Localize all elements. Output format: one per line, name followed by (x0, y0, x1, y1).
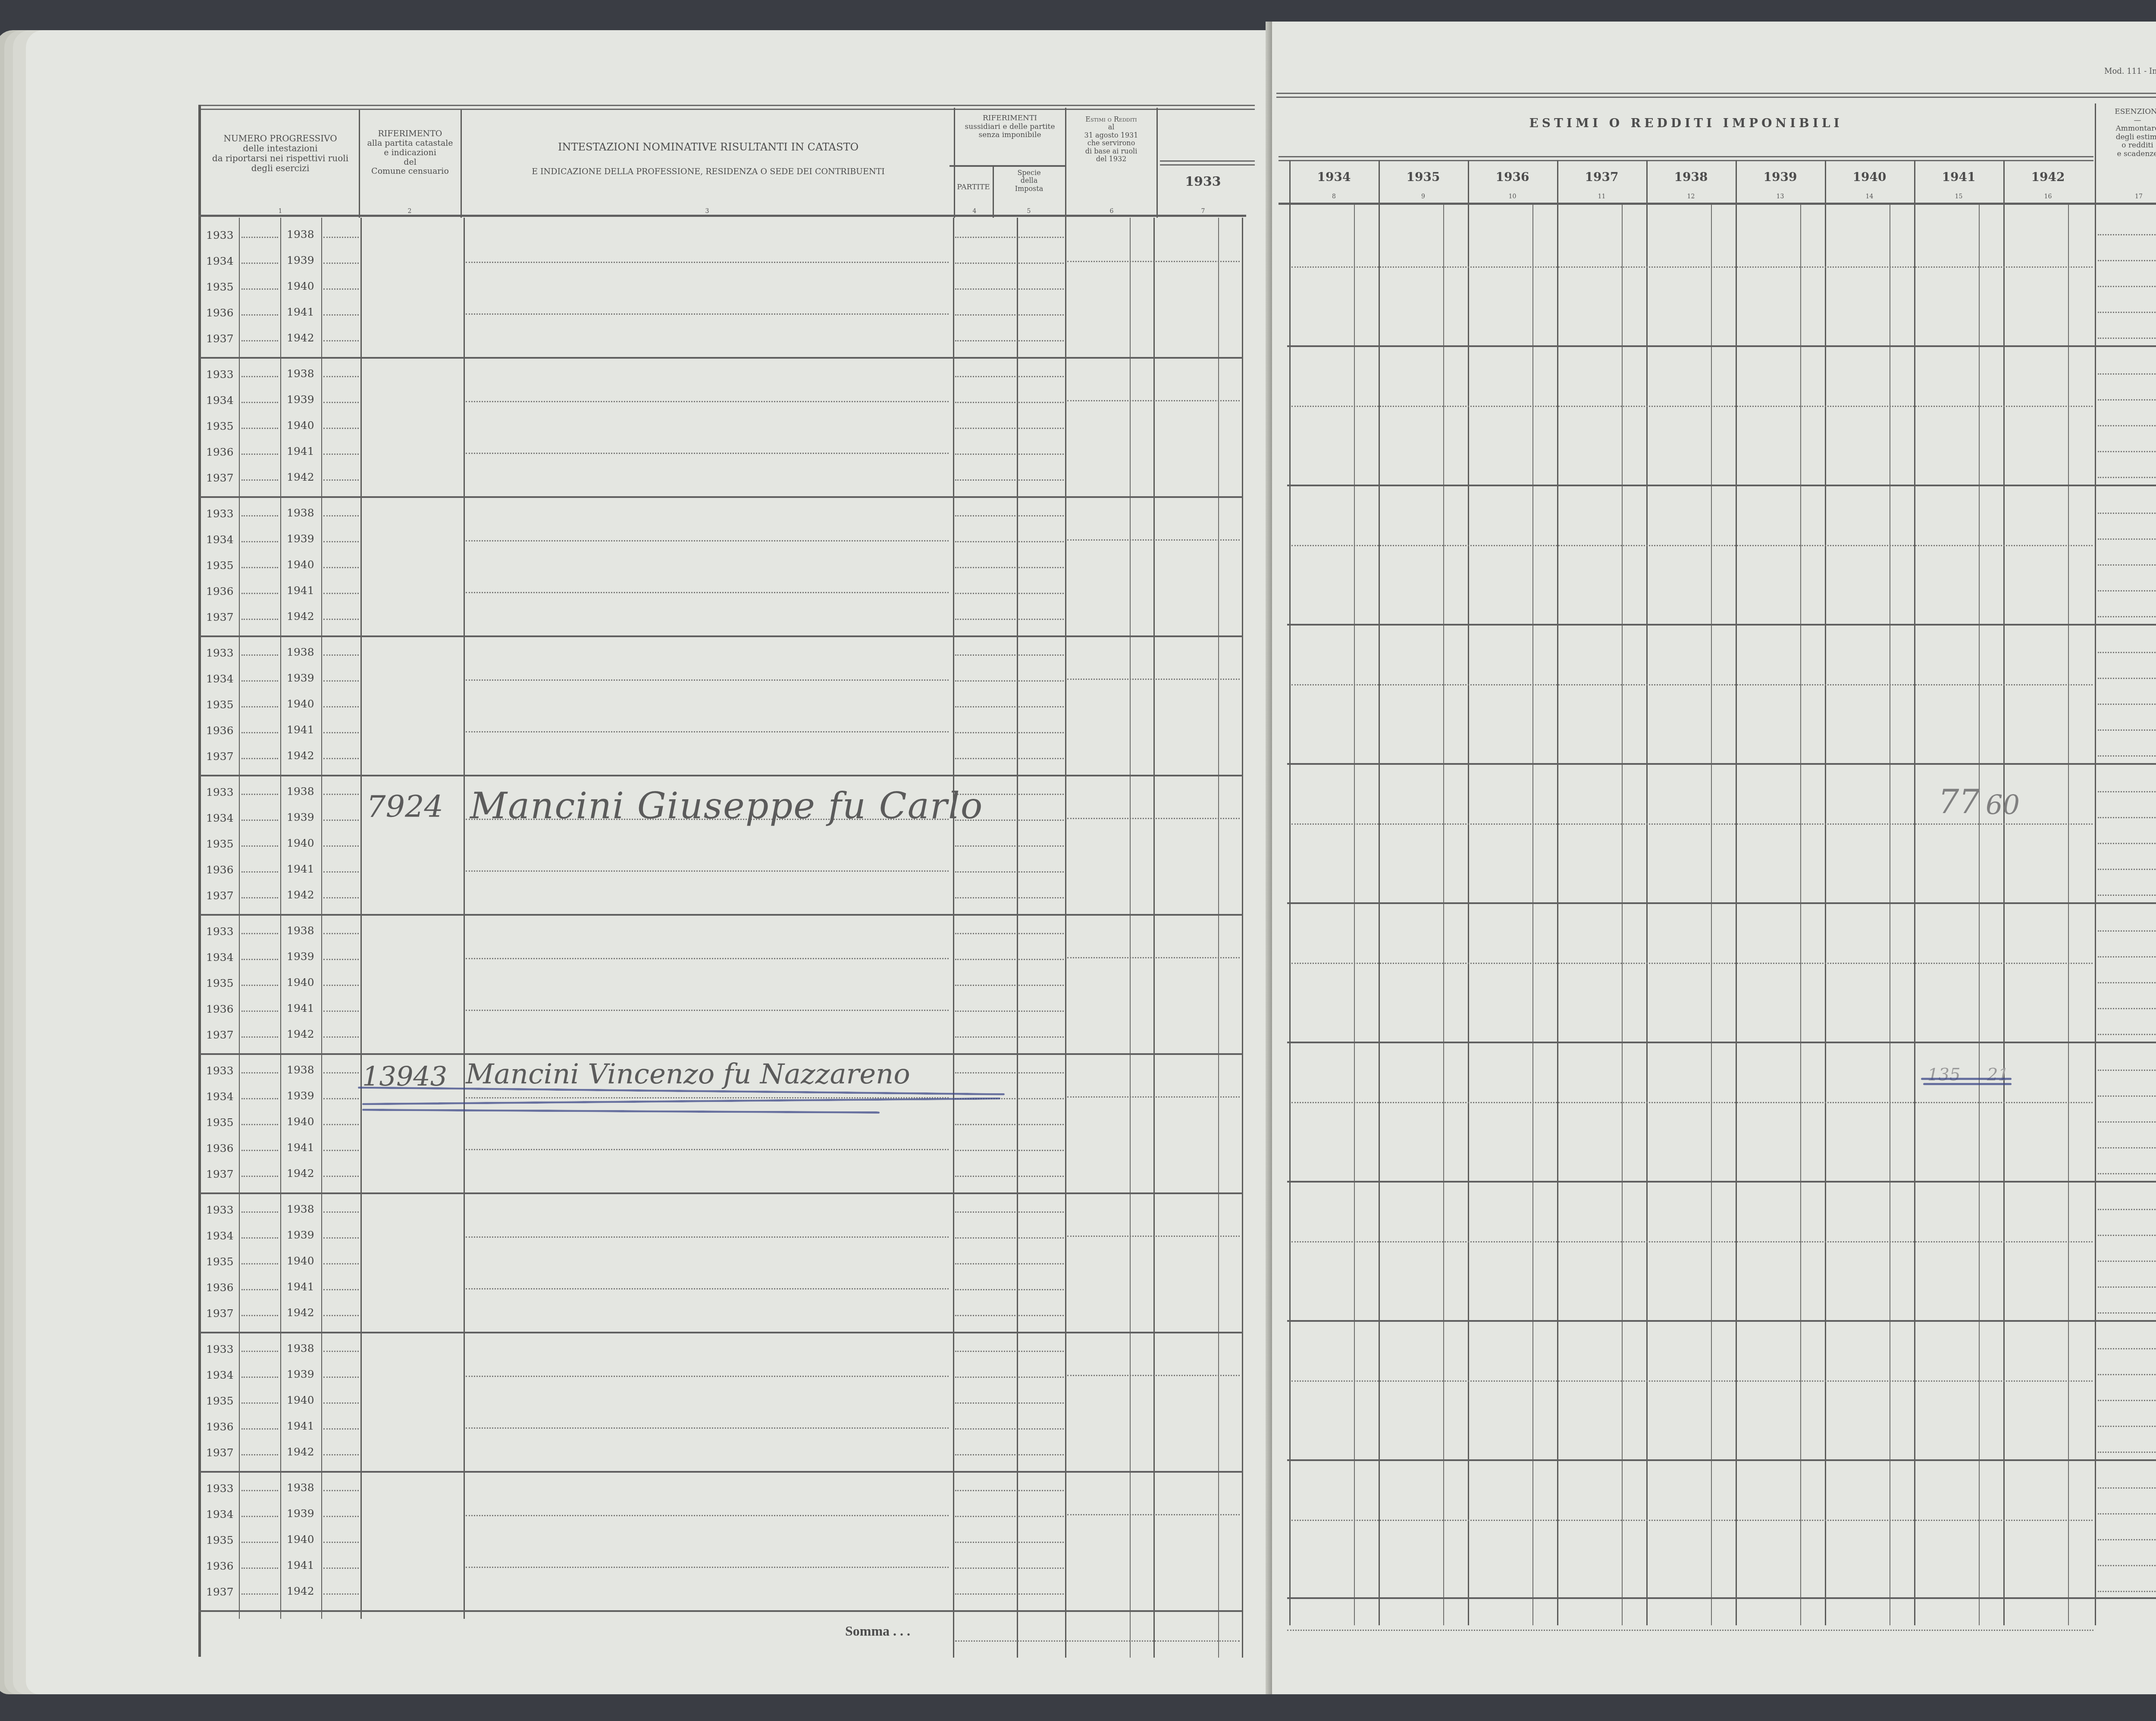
year-label: 1941 (287, 1002, 314, 1014)
esenzioni-dotted-field (2098, 1008, 2156, 1009)
header-line: Ammontare (2096, 125, 2156, 133)
ledger-right-page (1272, 22, 2156, 1694)
year-label: 1936 (206, 307, 234, 319)
amount-line (1291, 963, 2093, 964)
column-number: 7 (1190, 208, 1216, 215)
year-dotted-field (241, 263, 278, 264)
esenzioni-dotted-field (2098, 1348, 2156, 1349)
year-dotted-field (323, 1036, 359, 1038)
year-dotted-field (323, 1072, 359, 1073)
esenzioni-dotted-field (2098, 956, 2156, 958)
year-label: 1934 (206, 1508, 234, 1521)
ledger-left-page (26, 30, 1272, 1694)
year-dotted-field (323, 454, 359, 455)
year-dotted-field (241, 1263, 278, 1264)
dotted-field (1018, 706, 1064, 707)
year-dotted-field (241, 794, 278, 795)
intestazione-line (466, 401, 949, 402)
year-label: 1937 (206, 611, 234, 623)
dotted-field (1018, 288, 1064, 290)
year-dotted-field (241, 654, 278, 656)
column-rule (1017, 218, 1018, 1658)
esenzioni-dotted-field (2098, 704, 2156, 705)
header-estimi-imponibili: ESTIMI O REDDITI IMPONIBILI (1294, 116, 2078, 130)
header-riferimento: RIFERIMENTO alla partita catastale e ind… (360, 129, 460, 176)
header-year-1941: 1941 (1914, 170, 2003, 184)
dotted-field (955, 454, 1015, 455)
header-divider (359, 110, 360, 218)
column-rule (1914, 160, 1915, 1625)
amount-line (1291, 266, 2093, 268)
block-separator (200, 775, 1243, 776)
dotted-field (1067, 679, 1240, 680)
year-label: 1940 (287, 1255, 314, 1267)
esenzioni-dotted-field (2098, 843, 2156, 844)
somma-line (955, 1640, 1240, 1642)
dotted-field (1018, 1315, 1064, 1316)
column-rule-cents (2068, 205, 2069, 1625)
year-label: 1938 (287, 507, 314, 519)
esenzioni-dotted-field (2098, 399, 2156, 401)
esenzioni-dotted-field (2098, 373, 2156, 375)
column-rule (1289, 160, 1291, 1625)
esenzioni-dotted-field (2098, 425, 2156, 426)
column-rule-cents (1354, 205, 1355, 1625)
amount-line (1291, 1241, 2093, 1242)
esenzioni-dotted-field (2098, 1565, 2156, 1566)
year-dotted-field (323, 541, 359, 542)
amount-line (1291, 1380, 2093, 1382)
esenzioni-dotted-field (2098, 513, 2156, 514)
year-dotted-field (241, 985, 278, 986)
block-separator (1287, 485, 2156, 486)
year-dotted-field (241, 1593, 278, 1595)
year-dotted-field (323, 1263, 359, 1264)
year-label: 1938 (287, 228, 314, 241)
esenzioni-dotted-field (2098, 1452, 2156, 1453)
esenzioni-dotted-field (2098, 1235, 2156, 1236)
dotted-field (955, 706, 1015, 707)
dotted-field (1018, 1542, 1064, 1543)
dotted-field (955, 1568, 1015, 1569)
table-left-border (198, 105, 201, 1657)
dotted-field (955, 654, 1015, 656)
year-label: 1933 (206, 1204, 234, 1216)
year-dotted-field (241, 1011, 278, 1012)
dotted-field (955, 1593, 1015, 1595)
year-dotted-field (323, 428, 359, 429)
year-dotted-field (323, 263, 359, 264)
dotted-field (1067, 1375, 1240, 1376)
header-intestazioni-title: INTESTAZIONI NOMINATIVE RISULTANTI IN CA… (464, 141, 953, 153)
esenzioni-dotted-field (2098, 564, 2156, 566)
year-label: 1941 (287, 1559, 314, 1571)
dotted-field (1018, 1072, 1064, 1073)
year-dotted-field (323, 706, 359, 707)
header-year-1936: 1936 (1468, 170, 1557, 184)
esenzioni-dotted-field (2098, 1312, 2156, 1314)
year-dotted-field (323, 985, 359, 986)
header-line: o redditi (2096, 141, 2156, 150)
intestazione-line (466, 1149, 949, 1150)
dotted-field (1018, 1176, 1064, 1177)
year-dotted-field (241, 402, 278, 403)
dotted-field (1067, 1096, 1240, 1098)
year-dotted-field (323, 1211, 359, 1213)
header-line: degli esercizi (203, 163, 358, 173)
column-rule (1825, 160, 1826, 1625)
year-dotted-field (323, 1428, 359, 1430)
year-dotted-field (323, 288, 359, 290)
year-label: 1941 (287, 1420, 314, 1432)
dotted-field (955, 1036, 1015, 1038)
year-label: 1939 (287, 532, 314, 545)
dotted-field (1067, 818, 1240, 819)
year-dotted-field (323, 1516, 359, 1517)
block-separator (200, 357, 1243, 359)
dotted-field (955, 933, 1015, 934)
year-dotted-field (323, 376, 359, 377)
header-divider (461, 110, 462, 218)
entry-1941-value-struck: 135 (1927, 1065, 1960, 1085)
year-label: 1937 (206, 1307, 234, 1320)
block-separator (1287, 1181, 2156, 1183)
year-dotted-field (323, 1542, 359, 1543)
amount-line (1291, 1102, 2093, 1103)
header-divider (1156, 108, 1158, 218)
esenzioni-dotted-field (2098, 1173, 2156, 1174)
dotted-field (955, 1402, 1015, 1404)
dotted-field (1018, 593, 1064, 594)
dotted-field (955, 567, 1015, 568)
dotted-field (1018, 933, 1064, 934)
year-dotted-field (241, 567, 278, 568)
header-estimi-1931: Estimi o Redditi al 31 agosto 1931 che s… (1066, 116, 1156, 163)
year-label: 1939 (287, 1089, 314, 1102)
dotted-field (1018, 314, 1064, 316)
esenzioni-dotted-field (2098, 1400, 2156, 1401)
year-label: 1939 (287, 254, 314, 266)
intestazione-line (466, 870, 949, 872)
dotted-field (1018, 567, 1064, 568)
year-label: 1934 (206, 255, 234, 267)
year-dotted-field (241, 1237, 278, 1239)
year-dotted-field (241, 288, 278, 290)
esenzioni-dotted-field (2098, 260, 2156, 261)
dotted-field (955, 845, 1015, 847)
year-dotted-field (323, 1098, 359, 1099)
year-label: 1937 (206, 332, 234, 345)
esenzioni-dotted-field (2098, 1095, 2156, 1097)
year-dotted-field (323, 1011, 359, 1012)
block-separator (1287, 1459, 2156, 1461)
dotted-field (955, 593, 1015, 594)
column-number: 4 (962, 208, 987, 215)
dotted-field (955, 515, 1015, 516)
column-number: 15 (1914, 193, 2003, 200)
header-year-1940: 1940 (1825, 170, 1914, 184)
intestazione-line (466, 958, 949, 959)
year-dotted-field (241, 454, 278, 455)
intestazione-line (466, 679, 949, 681)
year-label: 1935 (206, 838, 234, 850)
column-rule (1153, 218, 1155, 1658)
dotted-field (1018, 402, 1064, 403)
dotted-field (955, 1011, 1015, 1012)
column-rule (239, 218, 240, 1619)
dotted-field (955, 619, 1015, 620)
year-dotted-field (323, 1568, 359, 1569)
year-dotted-field (241, 428, 278, 429)
year-dotted-field (241, 237, 278, 238)
dotted-field (1067, 261, 1240, 262)
year-label: 1935 (206, 281, 234, 293)
intestazione-line (466, 1427, 949, 1429)
year-dotted-field (241, 845, 278, 847)
year-dotted-field (241, 1542, 278, 1543)
year-label: 1934 (206, 394, 234, 407)
year-label: 1934 (206, 673, 234, 685)
dotted-field (1018, 758, 1064, 759)
dotted-field (1018, 428, 1064, 429)
esenzioni-dotted-field (2098, 817, 2156, 818)
table-top-border (1276, 93, 2156, 98)
column-rule-cents (1800, 205, 1801, 1625)
column-rule (464, 218, 465, 1619)
column-rule (953, 218, 954, 1658)
year-label: 1937 (206, 1586, 234, 1598)
dotted-field (955, 1351, 1015, 1352)
dotted-field (1018, 479, 1064, 481)
strikethrough-line (1923, 1083, 2012, 1085)
header-year-1942: 1942 (2003, 170, 2093, 184)
dotted-field (955, 237, 1015, 238)
year-dotted-field (323, 237, 359, 238)
table-bottom-rule (198, 1610, 1242, 1612)
year-dotted-field (241, 1315, 278, 1316)
column-number: 12 (1646, 193, 1736, 200)
year-label: 1941 (287, 1141, 314, 1154)
column-number: 16 (2003, 193, 2093, 200)
header-line: che servirono (1066, 139, 1156, 147)
column-rule (1379, 160, 1380, 1625)
header-year-1935: 1935 (1379, 170, 1468, 184)
year-dotted-field (241, 376, 278, 377)
year-dotted-field (323, 1315, 359, 1316)
year-dotted-field (241, 1124, 278, 1125)
esenzioni-dotted-field (2098, 286, 2156, 287)
year-label: 1935 (206, 420, 234, 432)
year-label: 1940 (287, 280, 314, 292)
year-label: 1940 (287, 1115, 314, 1128)
dotted-field (1018, 1377, 1064, 1378)
year-dotted-field (323, 794, 359, 795)
column-number: 9 (1379, 193, 1468, 200)
year-label: 1942 (287, 610, 314, 623)
year-label: 1941 (287, 1280, 314, 1293)
year-dotted-field (241, 340, 278, 341)
year-label: 1941 (287, 723, 314, 736)
year-label: 1933 (206, 368, 234, 381)
dotted-field (1018, 1351, 1064, 1352)
header-line: della (993, 177, 1065, 185)
year-dotted-field (241, 897, 278, 898)
year-label: 1938 (287, 1203, 314, 1215)
dotted-field (1018, 237, 1064, 238)
year-label: 1942 (287, 1028, 314, 1040)
year-label: 1938 (287, 1064, 314, 1076)
dotted-field (955, 376, 1015, 377)
year-dotted-field (323, 959, 359, 960)
intestazione-line (466, 592, 949, 593)
year-label: 1936 (206, 724, 234, 737)
header-line: e indicazioni (360, 148, 460, 158)
column-number: 5 (1016, 208, 1042, 215)
esenzioni-dotted-field (2098, 652, 2156, 653)
header-year-1937: 1937 (1557, 170, 1646, 184)
column-rule (1130, 218, 1131, 1658)
dotted-field (1018, 1490, 1064, 1491)
esenzioni-dotted-field (2098, 1070, 2156, 1071)
year-label: 1936 (206, 585, 234, 598)
year-label: 1933 (206, 786, 234, 798)
dotted-field (955, 1237, 1015, 1239)
header-line: di base ai ruoli (1066, 147, 1156, 155)
year-dotted-field (241, 1568, 278, 1569)
year-dotted-field (323, 567, 359, 568)
header-line: al (1066, 123, 1156, 131)
dotted-field (1018, 454, 1064, 455)
esenzioni-dotted-field (2098, 869, 2156, 870)
dotted-field (1067, 1236, 1240, 1237)
year-dotted-field (241, 1454, 278, 1455)
esenzioni-dotted-field (2098, 590, 2156, 591)
dotted-field (1018, 985, 1064, 986)
year-label: 1933 (206, 647, 234, 659)
dotted-field (955, 541, 1015, 542)
esenzioni-dotted-field (2098, 895, 2156, 896)
block-separator (200, 496, 1243, 498)
dotted-field (955, 680, 1015, 682)
year-label: 1938 (287, 367, 314, 380)
year-dotted-field (323, 1377, 359, 1378)
year-dotted-field (241, 1490, 278, 1491)
year-dotted-field (323, 1402, 359, 1404)
entry-1941-cents-struck: 21 (1987, 1065, 2009, 1085)
header-year-1939: 1939 (1736, 170, 1825, 184)
dotted-field (955, 1315, 1015, 1316)
year-label: 1933 (206, 1064, 234, 1077)
year-label: 1934 (206, 1090, 234, 1103)
esenzioni-dotted-field (2098, 1147, 2156, 1148)
year-label: 1940 (287, 698, 314, 710)
year-dotted-field (241, 314, 278, 316)
esenzioni-dotted-field (2098, 1121, 2156, 1123)
year-label: 1941 (287, 584, 314, 597)
dotted-field (1018, 959, 1064, 960)
column-rule-cents (1443, 205, 1444, 1625)
column-rule-cents (1979, 205, 1980, 1625)
esenzioni-dotted-field (2098, 338, 2156, 339)
year-dotted-field (241, 706, 278, 707)
year-dotted-field (241, 1072, 278, 1073)
year-dotted-field (241, 541, 278, 542)
dotted-field (1018, 654, 1064, 656)
year-label: 1942 (287, 332, 314, 344)
year-dotted-field (241, 515, 278, 516)
year-label: 1941 (287, 863, 314, 875)
dotted-field (955, 1490, 1015, 1491)
column-number: 8 (1289, 193, 1379, 200)
intestazione-line (466, 313, 949, 315)
year-label: 1933 (206, 507, 234, 520)
esenzioni-dotted-field (2098, 678, 2156, 679)
block-separator (200, 914, 1243, 916)
column-number: 3 (694, 208, 720, 215)
year-label: 1938 (287, 924, 314, 937)
header-numero-progressivo: NUMERO PROGRESSIVO delle intestazioni da… (203, 134, 358, 173)
block-separator (200, 1192, 1243, 1194)
header-year-1933: 1933 (1160, 175, 1246, 190)
intestazione-line (466, 540, 949, 541)
esenzioni-dotted-field (2098, 1209, 2156, 1210)
year-label: 1934 (206, 951, 234, 964)
esenzioni-dotted-field (2098, 1426, 2156, 1427)
year-label: 1937 (206, 1168, 234, 1180)
year-dotted-field (323, 654, 359, 656)
dotted-field (1018, 871, 1064, 873)
dotted-field (1067, 539, 1240, 541)
year-label: 1936 (206, 446, 234, 458)
year-label: 1936 (206, 864, 234, 876)
esenzioni-dotted-field (2098, 930, 2156, 932)
dotted-field (955, 288, 1015, 290)
year-dotted-field (241, 1428, 278, 1430)
block-separator (200, 1471, 1243, 1473)
column-rule (1218, 218, 1219, 1658)
column-rule (360, 218, 362, 1619)
header-line: Specie (993, 169, 1065, 177)
header-title: NUMERO PROGRESSIVO (203, 134, 358, 144)
year-dotted-field (241, 1289, 278, 1290)
year-dotted-field (241, 619, 278, 620)
header-title: RIFERIMENTI (955, 114, 1065, 123)
year-label: 1939 (287, 393, 314, 406)
header-specie-imposta: Specie della Imposta (993, 169, 1065, 193)
year-label: 1934 (206, 1369, 234, 1381)
dotted-field (1018, 619, 1064, 620)
year-dotted-field (323, 820, 359, 821)
dotted-field (1018, 376, 1064, 377)
header-line: del (360, 158, 460, 167)
year-dotted-field (323, 1237, 359, 1239)
block-separator (1287, 345, 2156, 347)
header-subrule (1160, 160, 1255, 166)
year-dotted-field (241, 479, 278, 481)
intestazione-line (466, 1376, 949, 1377)
header-esenzioni: ESENZIONI — Ammontare degli estimi o red… (2096, 108, 2156, 158)
year-label: 1940 (287, 558, 314, 571)
column-number: 1 (267, 208, 293, 215)
year-label: 1942 (287, 471, 314, 483)
year-dotted-field (323, 871, 359, 873)
header-year-1934: 1934 (1289, 170, 1379, 184)
year-label: 1939 (287, 1229, 314, 1241)
dotted-field (955, 959, 1015, 960)
year-label: 1938 (287, 646, 314, 658)
esenzioni-dotted-field (2098, 1261, 2156, 1262)
esenzioni-dotted-field (2098, 1513, 2156, 1514)
